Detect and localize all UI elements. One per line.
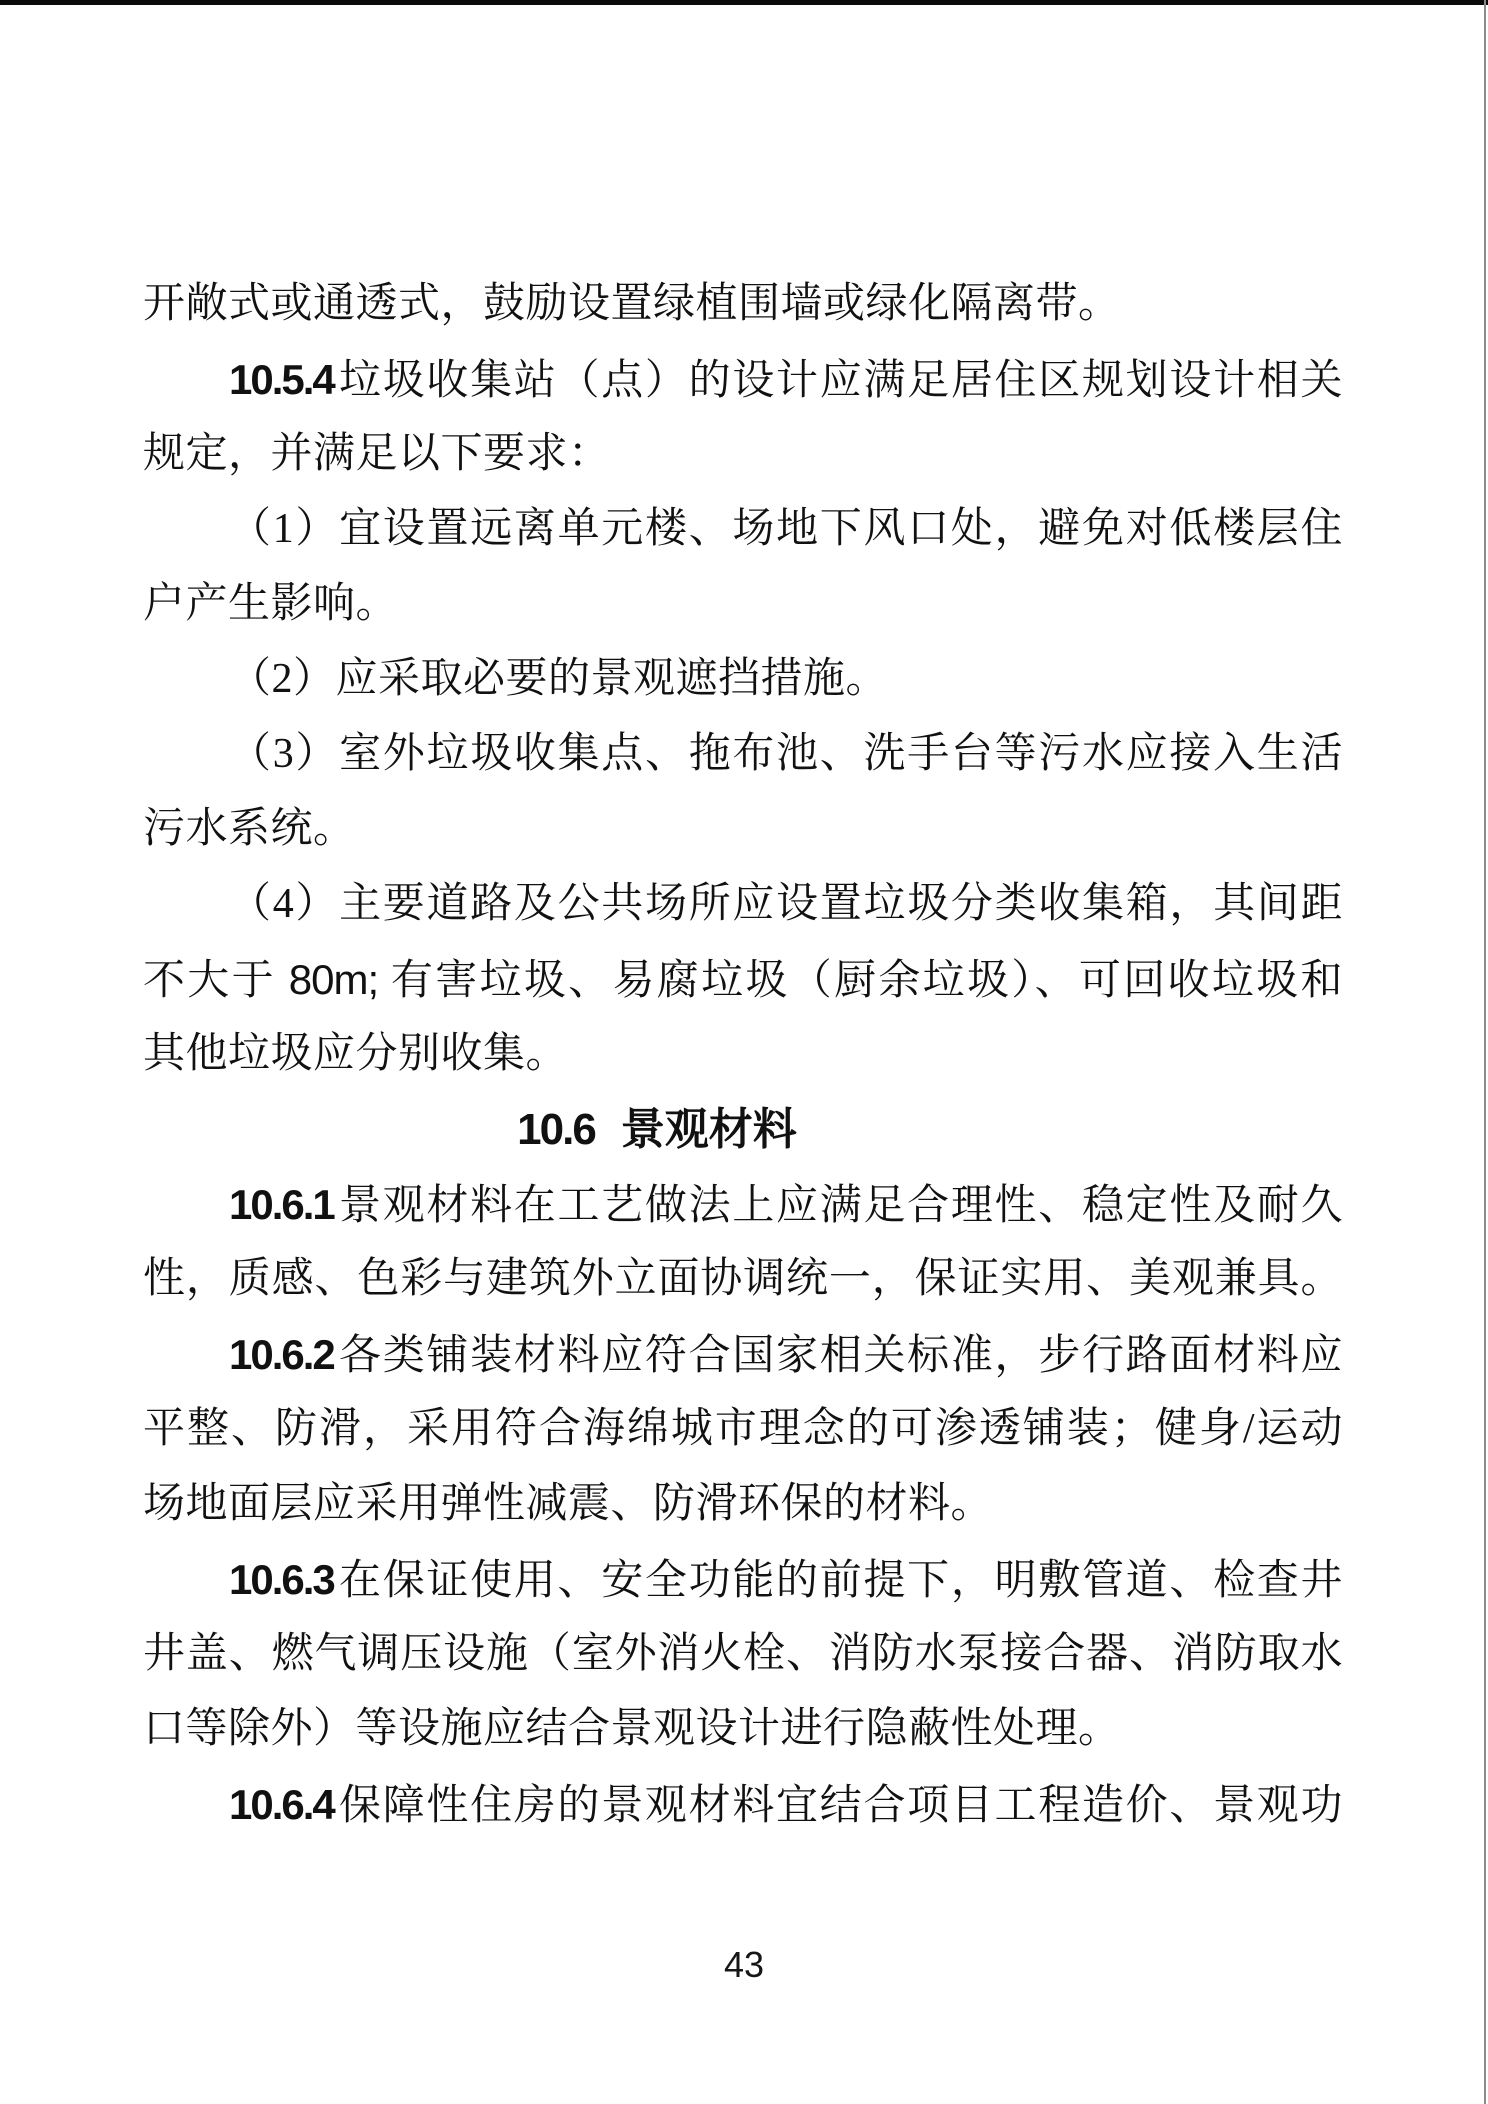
paragraph-line: 10.5.4垃圾收集站（点）的设计应满足居住区规划设计相关 [143,342,1343,417]
section-heading: 10.6景观材料 [143,1092,1343,1167]
paragraph-line: （1）宜设置远离单元楼、场地下风口处，避免对低楼层住 [143,492,1343,567]
line-text: 景观材料在工艺做法上应满足合理性、稳定性及耐久 [338,1183,1343,1229]
line-text: （3）室外垃圾收集点、拖布池、洗手台等污水应接入生活 [229,731,1343,777]
line-text: 在保证使用、安全功能的前提下，明敷管道、检查井 [338,1558,1343,1604]
section-heading-title: 景观材料 [621,1105,797,1154]
paragraph-line: 场地面层应采用弹性减震、防滑环保的材料。 [143,1467,1343,1542]
paragraph-line: （4）主要道路及公共场所应设置垃圾分类收集箱，其间距 [143,867,1343,942]
paragraph-line: 10.6.1景观材料在工艺做法上应满足合理性、稳定性及耐久 [143,1167,1343,1242]
line-text: 有害垃圾、易腐垃圾（厨余垃圾）、可回收垃圾和 [378,958,1343,1004]
line-text: 口等除外）等设施应结合景观设计进行隐蔽性处理。 [143,1706,1121,1752]
paragraph-line: 规定，并满足以下要求： [143,417,1343,492]
section-number: 10.6.4 [229,1781,338,1828]
line-text: 井盖、燃气调压设施（室外消火栓、消防水泵接合器、消防取水 [143,1631,1343,1677]
paragraph-line: 其他垃圾应分别收集。 [143,1017,1343,1092]
section-number: 10.5.4 [229,356,338,403]
paragraph-line: 平整、防滑，采用符合海绵城市理念的可渗透铺装；健身/运动 [143,1392,1343,1467]
paragraph-line: 不大于 80m; 有害垃圾、易腐垃圾（厨余垃圾）、可回收垃圾和 [143,942,1343,1017]
line-text: 其他垃圾应分别收集。 [143,1031,568,1077]
paragraph-line: 口等除外）等设施应结合景观设计进行隐蔽性处理。 [143,1692,1343,1767]
line-text: 户产生影响。 [143,581,398,627]
line-text: 平整、防滑，采用符合海绵城市理念的可渗透铺装；健身/运动 [143,1406,1343,1452]
paragraph-line: 10.6.3在保证使用、安全功能的前提下，明敷管道、检查井 [143,1542,1343,1617]
paragraph-line: 污水系统。 [143,792,1343,867]
line-text: 性，质感、色彩与建筑外立面协调统一，保证实用、美观兼具。 [143,1256,1343,1302]
measurement-value: 80m; [289,956,378,1003]
line-text: 保障性住房的景观材料宜结合项目工程造价、景观功 [338,1783,1343,1829]
paragraph-line: 井盖、燃气调压设施（室外消火栓、消防水泵接合器、消防取水 [143,1617,1343,1692]
paragraph-line: 性，质感、色彩与建筑外立面协调统一，保证实用、美观兼具。 [143,1242,1343,1317]
line-text: 各类铺装材料应符合国家相关标准，步行路面材料应 [338,1333,1343,1379]
document-page: 开敞式或通透式，鼓励设置绿植围墙或绿化隔离带。 10.5.4垃圾收集站（点）的设… [0,0,1488,2104]
paragraph-line: （2）应采取必要的景观遮挡措施。 [143,642,1343,717]
page-number: 43 [0,1944,1488,1986]
line-text: （4）主要道路及公共场所应设置垃圾分类收集箱，其间距 [229,881,1343,927]
right-border-line [1484,0,1486,2104]
paragraph-line: （3）室外垃圾收集点、拖布池、洗手台等污水应接入生活 [143,717,1343,792]
section-number: 10.6.2 [229,1331,338,1378]
line-text: （2）应采取必要的景观遮挡措施。 [229,656,888,702]
line-text: 开敞式或通透式，鼓励设置绿植围墙或绿化隔离带。 [143,281,1121,327]
line-text: 污水系统。 [143,806,356,852]
section-number: 10.6.1 [229,1181,338,1228]
line-text: 规定，并满足以下要求： [143,431,611,477]
paragraph-line: 户产生影响。 [143,567,1343,642]
paragraph-line: 10.6.2各类铺装材料应符合国家相关标准，步行路面材料应 [143,1317,1343,1392]
line-text: 不大于 [143,958,289,1004]
text-block: 开敞式或通透式，鼓励设置绿植围墙或绿化隔离带。 10.5.4垃圾收集站（点）的设… [143,267,1343,1842]
line-text: 场地面层应采用弹性减震、防滑环保的材料。 [143,1481,993,1527]
paragraph-line: 开敞式或通透式，鼓励设置绿植围墙或绿化隔离带。 [143,267,1343,342]
section-number: 10.6.3 [229,1556,338,1603]
line-text: 垃圾收集站（点）的设计应满足居住区规划设计相关 [338,358,1343,404]
line-text: （1）宜设置远离单元楼、场地下风口处，避免对低楼层住 [229,506,1343,552]
section-heading-number: 10.6 [517,1105,621,1154]
paragraph-line: 10.6.4保障性住房的景观材料宜结合项目工程造价、景观功 [143,1767,1343,1842]
top-border-bar [0,0,1488,5]
